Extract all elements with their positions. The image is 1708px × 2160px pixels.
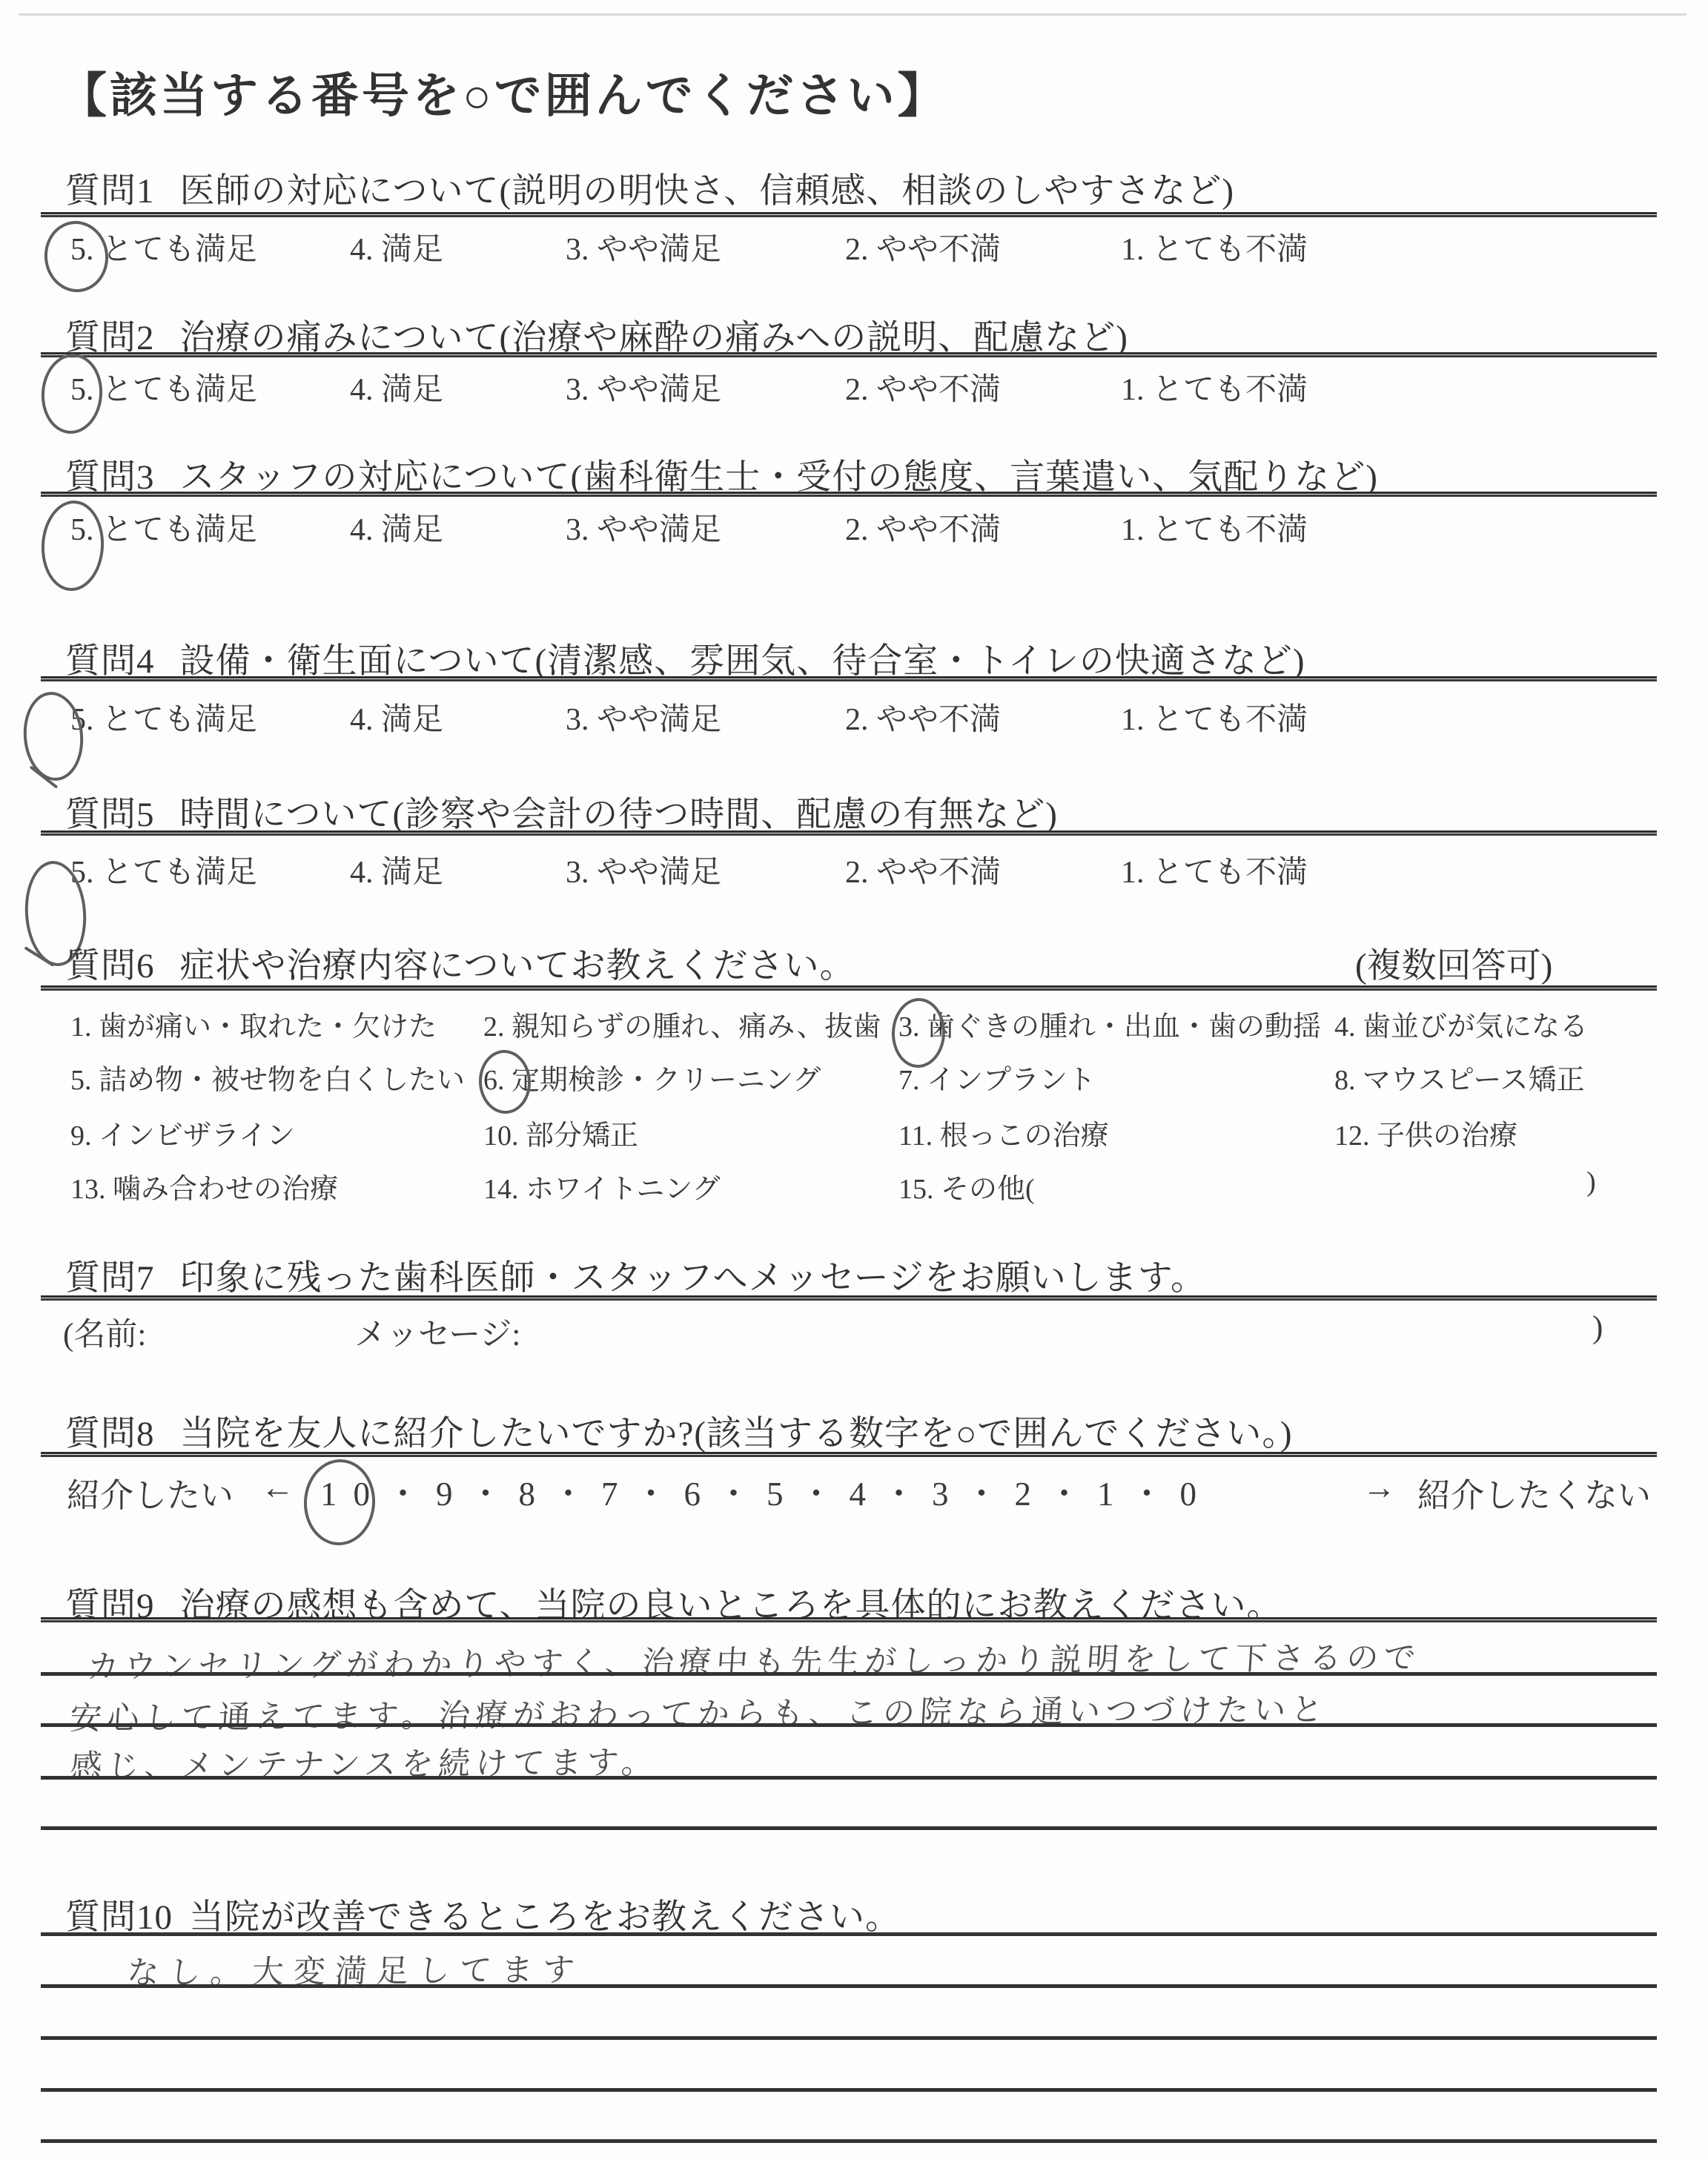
q4-option-5: 5. とても満足 — [70, 695, 257, 739]
q6-option-14: 14. ホワイトニング — [483, 1166, 721, 1206]
q6-option-11: 11. 根っこの治療 — [898, 1112, 1109, 1153]
q5-option-5: 5. とても満足 — [70, 848, 257, 892]
writing-line — [41, 2036, 1657, 2040]
question-8-text: 当院を友人に紹介したいですか?(該当する数字を○で囲んでください。) — [180, 1415, 1293, 1453]
writing-line — [41, 1826, 1657, 1830]
q6-option-10: 10. 部分矯正 — [483, 1112, 638, 1153]
q7-close-paren: ) — [1592, 1309, 1603, 1346]
writing-line — [41, 2088, 1657, 2092]
q6-option-13: 13. 噛み合わせの治療 — [70, 1166, 338, 1206]
question-4-title: 質問4設備・衛生面について(清潔感、雰囲気、待合室・トイレの快適さなど) — [65, 633, 1305, 683]
q1-option-1: 1. とても不満 — [1121, 225, 1308, 269]
q6-option-1: 1. 歯が痛い・取れた・欠けた — [70, 1003, 437, 1044]
writing-line — [41, 1672, 1657, 1676]
q6-option-6: 6. 定期検診・クリーニング — [483, 1057, 821, 1097]
question-6-label: 質問6 — [65, 947, 155, 985]
q4-option-4: 4. 満足 — [350, 695, 443, 739]
q2-option-3: 3. やや満足 — [566, 365, 721, 409]
divider — [41, 676, 1657, 681]
question-8-label: 質問8 — [65, 1415, 155, 1453]
q4-option-2: 2. やや不満 — [845, 695, 1001, 739]
question-5-label: 質問5 — [65, 796, 155, 834]
q3-option-3: 3. やや満足 — [566, 505, 721, 549]
question-7-label: 質問7 — [65, 1259, 155, 1298]
q8-left-arrow-icon: ← — [261, 1468, 294, 1507]
question-8-title: 質問8当院を友人に紹介したいですか?(該当する数字を○で囲んでください。) — [65, 1406, 1293, 1456]
q6-option-2: 2. 親知らずの腫れ、痛み、抜歯 — [483, 1003, 881, 1044]
question-7-text: 印象に残った歯科医師・スタッフへメッセージをお願いします。 — [180, 1259, 1206, 1298]
question-4-label: 質問4 — [65, 642, 155, 681]
q4-option-1: 1. とても不満 — [1121, 695, 1308, 739]
question-10-title: 質問10当院が改善できるところをお教えください。 — [65, 1889, 901, 1939]
page-title: 【該当する番号を○で囲んでください】 — [59, 58, 948, 126]
q5-option-2: 2. やや不満 — [845, 848, 1001, 892]
q6-option-9: 9. インビザライン — [70, 1112, 295, 1153]
question-5-title: 質問5時間について(診察や会計の待つ時間、配慮の有無など) — [65, 787, 1058, 836]
q6-option-12: 12. 子供の治療 — [1334, 1112, 1517, 1153]
question-6-title: 質問6症状や治療内容についてお教えください。 — [65, 938, 855, 988]
q3-option-1: 1. とても不満 — [1121, 505, 1308, 549]
q6-multi-answer-note: (複数回答可) — [1355, 938, 1552, 988]
survey-form-scan: 【該当する番号を○で囲んでください】 質問1医師の対応について(説明の明快さ、信… — [0, 0, 1708, 2160]
q1-option-4: 4. 満足 — [350, 225, 443, 269]
question-7-title: 質問7印象に残った歯科医師・スタッフへメッセージをお願いします。 — [65, 1250, 1206, 1300]
divider — [41, 830, 1657, 836]
writing-line — [41, 1776, 1657, 1780]
q6-option-15: 15. その他( — [898, 1166, 1035, 1206]
q1-option-3: 3. やや満足 — [566, 225, 721, 269]
divider — [41, 1617, 1657, 1622]
q6-option-3: 3. 歯ぐきの腫れ・出血・歯の動揺 — [898, 1003, 1321, 1044]
q8-left-label: 紹介したい — [67, 1468, 234, 1516]
question-10-label: 質問10 — [65, 1898, 173, 1937]
q2-option-1: 1. とても不満 — [1121, 365, 1308, 409]
q6-option-8: 8. マウスピース矯正 — [1334, 1057, 1584, 1097]
q6-option-15-close-paren: ) — [1586, 1166, 1596, 1198]
question-1-text: 医師の対応について(説明の明快さ、信頼感、相談のしやすさなど) — [180, 172, 1234, 211]
writing-line — [41, 1984, 1657, 1988]
writing-line — [41, 1932, 1657, 1936]
divider — [41, 1452, 1657, 1457]
divider — [41, 985, 1657, 991]
q4-option-3: 3. やや満足 — [566, 695, 721, 739]
divider — [41, 1295, 1657, 1301]
q6-option-5: 5. 詰め物・被せ物を白くしたい — [70, 1057, 465, 1097]
q8-right-label: 紹介したくない — [1417, 1468, 1651, 1516]
question-1-title: 質問1医師の対応について(説明の明快さ、信頼感、相談のしやすさなど) — [65, 163, 1234, 213]
writing-line — [41, 1723, 1657, 1727]
q3-option-4: 4. 満足 — [350, 505, 443, 549]
divider — [41, 352, 1657, 357]
q7-message-label: メッセージ: — [354, 1309, 520, 1355]
scan-edge-line — [19, 13, 1687, 16]
q3-option-2: 2. やや不満 — [845, 505, 1001, 549]
q8-right-arrow-icon: → — [1363, 1468, 1396, 1507]
q2-option-2: 2. やや不満 — [845, 365, 1001, 409]
q9-answer-line-1: カウンセリングがわかりやすく、治療中も先生がしっかり説明をして下さるので — [86, 1633, 1423, 1688]
question-5-text: 時間について(診察や会計の待つ時間、配慮の有無など) — [180, 796, 1058, 834]
question-6-text: 症状や治療内容についてお教えください。 — [180, 947, 855, 985]
divider — [41, 492, 1657, 497]
q8-number-scale: 10・9・8・7・6・5・4・3・2・1・0 — [320, 1467, 1213, 1515]
q5-option-1: 1. とても不満 — [1121, 848, 1308, 892]
question-1-label: 質問1 — [65, 172, 155, 211]
question-4-text: 設備・衛生面について(清潔感、雰囲気、待合室・トイレの快適さなど) — [180, 642, 1305, 681]
q6-option-4: 4. 歯並びが気になる — [1334, 1003, 1588, 1044]
q2-option-4: 4. 満足 — [350, 365, 443, 409]
q7-name-label: (名前: — [63, 1309, 146, 1355]
writing-line — [41, 2139, 1657, 2143]
q5-option-4: 4. 満足 — [350, 848, 443, 892]
q1-option-2: 2. やや不満 — [845, 225, 1001, 269]
q9-answer-line-2: 安心して通えてます。治療がおわってからも、この院なら通いつづけたいと — [69, 1685, 1330, 1739]
q5-option-3: 3. やや満足 — [566, 848, 721, 892]
question-10-text: 当院が改善できるところをお教えください。 — [189, 1898, 901, 1937]
divider — [41, 212, 1657, 217]
